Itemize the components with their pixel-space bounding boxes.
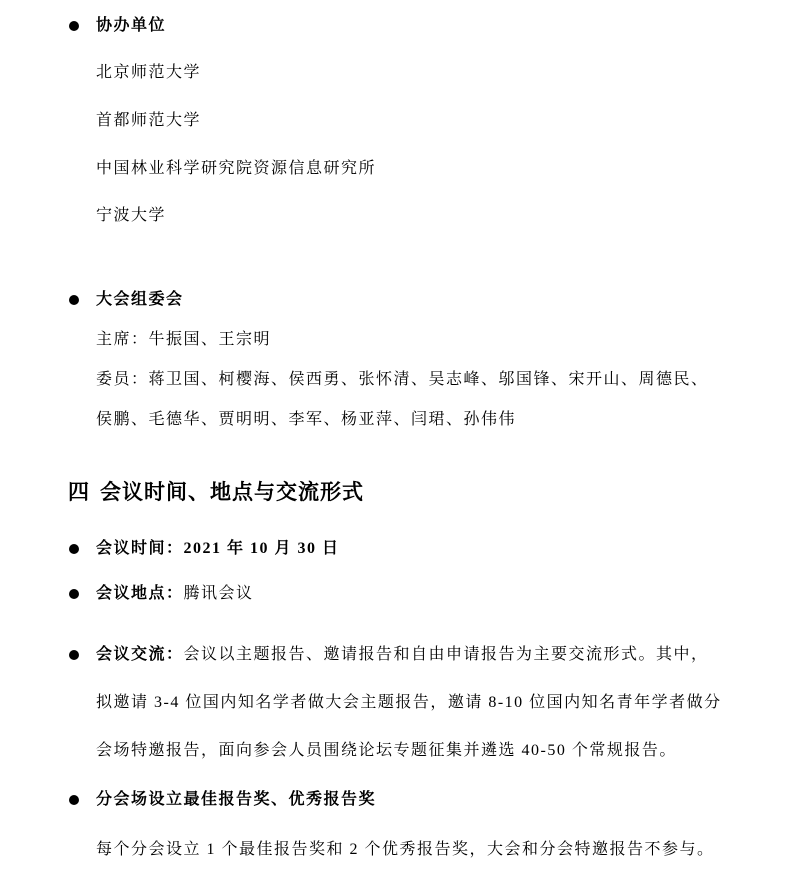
bullet-icon [69, 589, 79, 599]
meeting-time-line: 会议时间：2021 年 10 月 30 日 [96, 539, 340, 558]
meeting-exchange-label: 会议交流： [96, 646, 184, 663]
committee-heading: 大会组委会 [96, 290, 184, 309]
committee-members-line: 委员：蒋卫国、柯樱海、侯西勇、张怀清、吴志峰、邬国锋、宋开山、周德民、 [96, 370, 709, 389]
meeting-place-value: 腾讯会议 [184, 585, 254, 602]
committee-chair-line: 主席：牛振国、王宗明 [96, 330, 271, 349]
meeting-exchange-line-2: 拟邀请 3-4 位国内知名学者做大会主题报告，邀请 8-10 位国内知名青年学者… [96, 693, 722, 712]
co-organizers-heading: 协办单位 [96, 16, 166, 35]
meeting-exchange-line-3: 会场特邀报告，面向参会人员围绕论坛专题征集并遴选 40-50 个常规报告。 [96, 741, 677, 760]
document-page: 协办单位 北京师范大学 首都师范大学 中国林业科学研究院资源信息研究所 宁波大学… [0, 0, 800, 872]
meeting-exchange-line-1: 会议交流：会议以主题报告、邀请报告和自由申请报告为主要交流形式。其中， [96, 645, 709, 664]
committee-members-line: 侯鹏、毛德华、贾明明、李军、杨亚萍、闫珺、孙伟伟 [96, 410, 516, 429]
bullet-icon [69, 295, 79, 305]
section-four-heading: 四会议时间、地点与交流形式 [68, 481, 364, 505]
co-organizer-item: 中国林业科学研究院资源信息研究所 [96, 159, 376, 178]
co-organizer-item: 首都师范大学 [96, 111, 201, 130]
meeting-time-label: 会议时间： [96, 540, 184, 557]
bullet-icon [69, 21, 79, 31]
meeting-place-line: 会议地点：腾讯会议 [96, 584, 254, 603]
meeting-exchange-text: 会议以主题报告、邀请报告和自由申请报告为主要交流形式。其中， [184, 646, 709, 663]
co-organizer-item: 北京师范大学 [96, 63, 201, 82]
bullet-icon [69, 650, 79, 660]
awards-heading: 分会场设立最佳报告奖、优秀报告奖 [96, 790, 376, 809]
meeting-time-value: 2021 年 10 月 30 日 [184, 540, 340, 557]
co-organizer-item: 宁波大学 [96, 206, 166, 225]
bullet-icon [69, 795, 79, 805]
section-number: 四 [68, 481, 90, 504]
bullet-icon [69, 544, 79, 554]
awards-body: 每个分会设立 1 个最佳报告奖和 2 个优秀报告奖，大会和分会特邀报告不参与。 [96, 840, 715, 859]
meeting-place-label: 会议地点： [96, 585, 184, 602]
section-title: 会议时间、地点与交流形式 [100, 481, 364, 504]
